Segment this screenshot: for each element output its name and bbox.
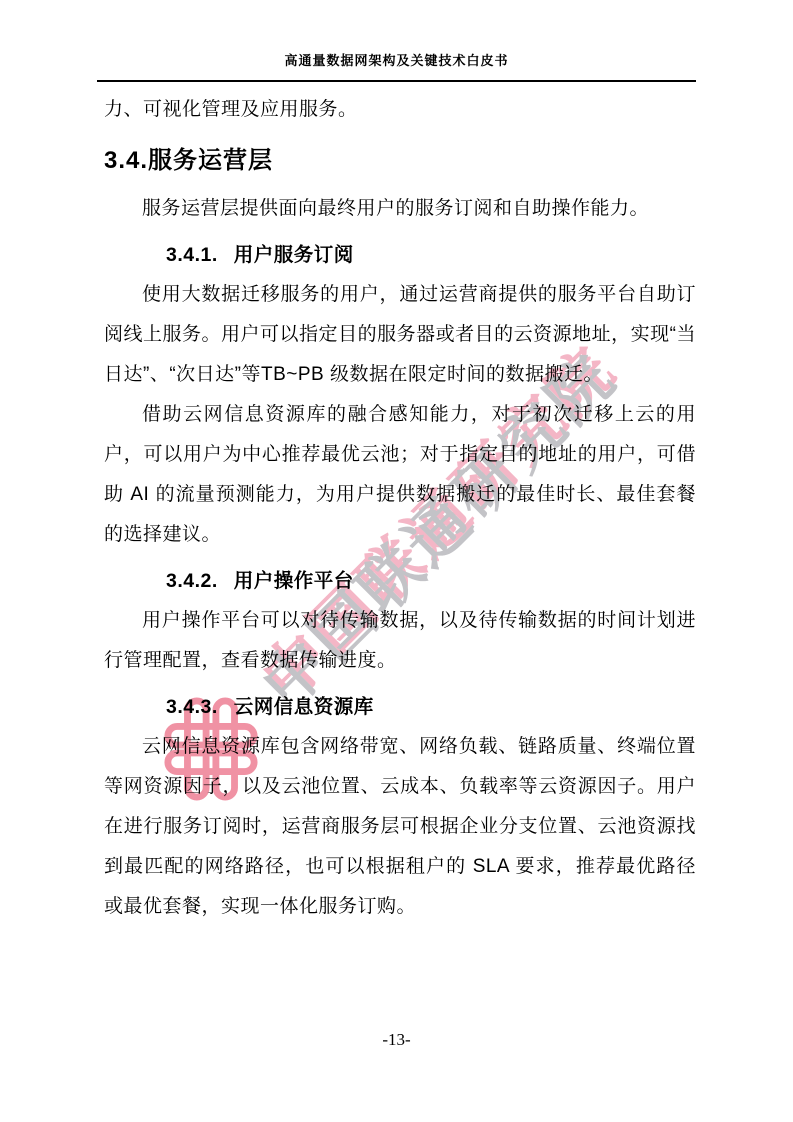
header-rule	[97, 80, 696, 82]
subsection-number: 3.4.3.	[166, 696, 218, 718]
page-footer: -13-	[0, 1030, 793, 1050]
subsection-title: 用户操作平台	[234, 570, 354, 592]
page-content: 力、可视化管理及应用服务。 3.4.服务运营层 服务运营层提供面向最终用户的服务…	[104, 90, 696, 927]
page-header: 高通量数据网架构及关键技术白皮书	[0, 0, 793, 82]
subsection-number: 3.4.1.	[166, 244, 218, 266]
page-number: -13-	[382, 1030, 410, 1049]
document-page: 高通量数据网架构及关键技术白皮书 中国联通研究院 力、可视化管理及应用服务。 3…	[0, 0, 793, 1122]
paragraph-3-4-2-a: 用户操作平台可以对待传输数据，以及待传输数据的时间计划进行管理配置，查看数据传输…	[104, 601, 696, 681]
subsection-heading-3-4-1: 3.4.1.用户服务订阅	[166, 239, 696, 267]
paragraph-3-4-3-a: 云网信息资源库包含网络带宽、网络负载、链路质量、终端位置等网资源因子，以及云池位…	[104, 727, 696, 927]
section-heading-3-4: 3.4.服务运营层	[104, 140, 696, 175]
subsection-number: 3.4.2.	[166, 570, 218, 592]
subsection-title: 用户服务订阅	[234, 244, 354, 266]
running-header-title: 高通量数据网架构及关键技术白皮书	[0, 0, 793, 69]
subsection-heading-3-4-3: 3.4.3.云网信息资源库	[166, 691, 696, 719]
section-lead-paragraph: 服务运营层提供面向最终用户的服务订阅和自助操作能力。	[104, 189, 696, 229]
paragraph-3-4-1-a: 使用大数据迁移服务的用户，通过运营商提供的服务平台自助订阅线上服务。用户可以指定…	[104, 275, 696, 395]
continuation-paragraph: 力、可视化管理及应用服务。	[104, 90, 696, 130]
paragraph-3-4-1-b: 借助云网信息资源库的融合感知能力，对于初次迁移上云的用户，可以用户为中心推荐最优…	[104, 395, 696, 555]
subsection-heading-3-4-2: 3.4.2.用户操作平台	[166, 565, 696, 593]
subsection-title: 云网信息资源库	[234, 696, 374, 718]
